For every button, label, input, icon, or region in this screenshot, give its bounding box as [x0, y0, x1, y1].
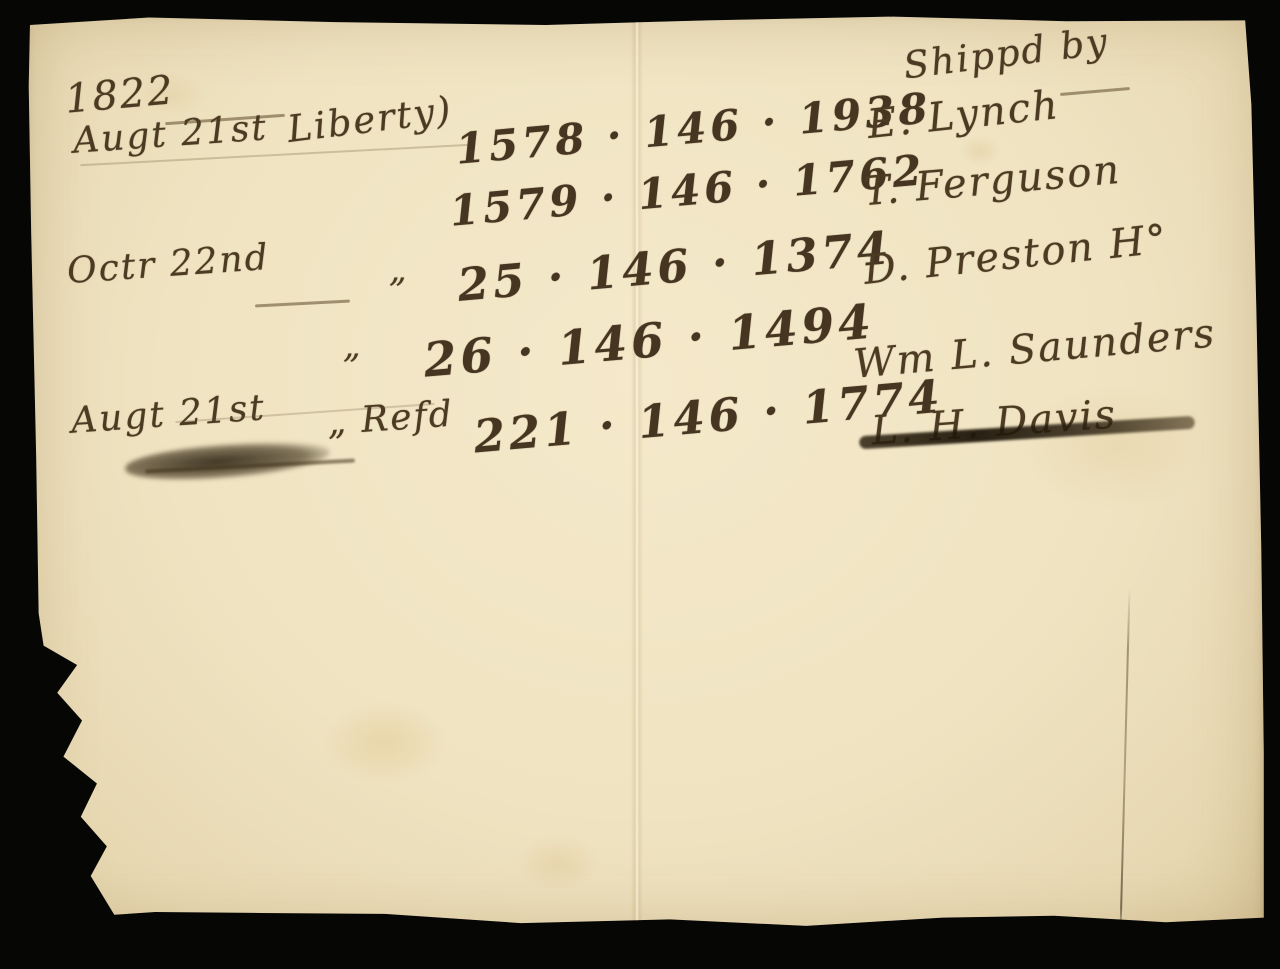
ledger-paper-sheet: Shippd by 1822 Augt 21st Liberty) 1578 ·…	[25, 12, 1265, 937]
shipped-by-flourish	[1060, 87, 1130, 96]
entry3-date: Octr 22nd	[66, 237, 271, 292]
shipped-by-label: Shippd by	[901, 20, 1111, 88]
entry5-date: Augt 21st	[70, 387, 267, 441]
entry3-ditto-mark: „	[389, 250, 409, 290]
entry3-date-flourish	[255, 300, 350, 308]
paper-crack-line	[1119, 587, 1130, 935]
scanned-document-scene: Shippd by 1822 Augt 21st Liberty) 1578 ·…	[0, 0, 1280, 969]
entry3-shipper: D. Preston H°	[861, 216, 1170, 294]
entry5-vessel: „ Refd	[326, 394, 455, 444]
entry4-ditto-mark: „	[343, 326, 363, 366]
entry1-vessel: Liberty)	[285, 88, 455, 151]
